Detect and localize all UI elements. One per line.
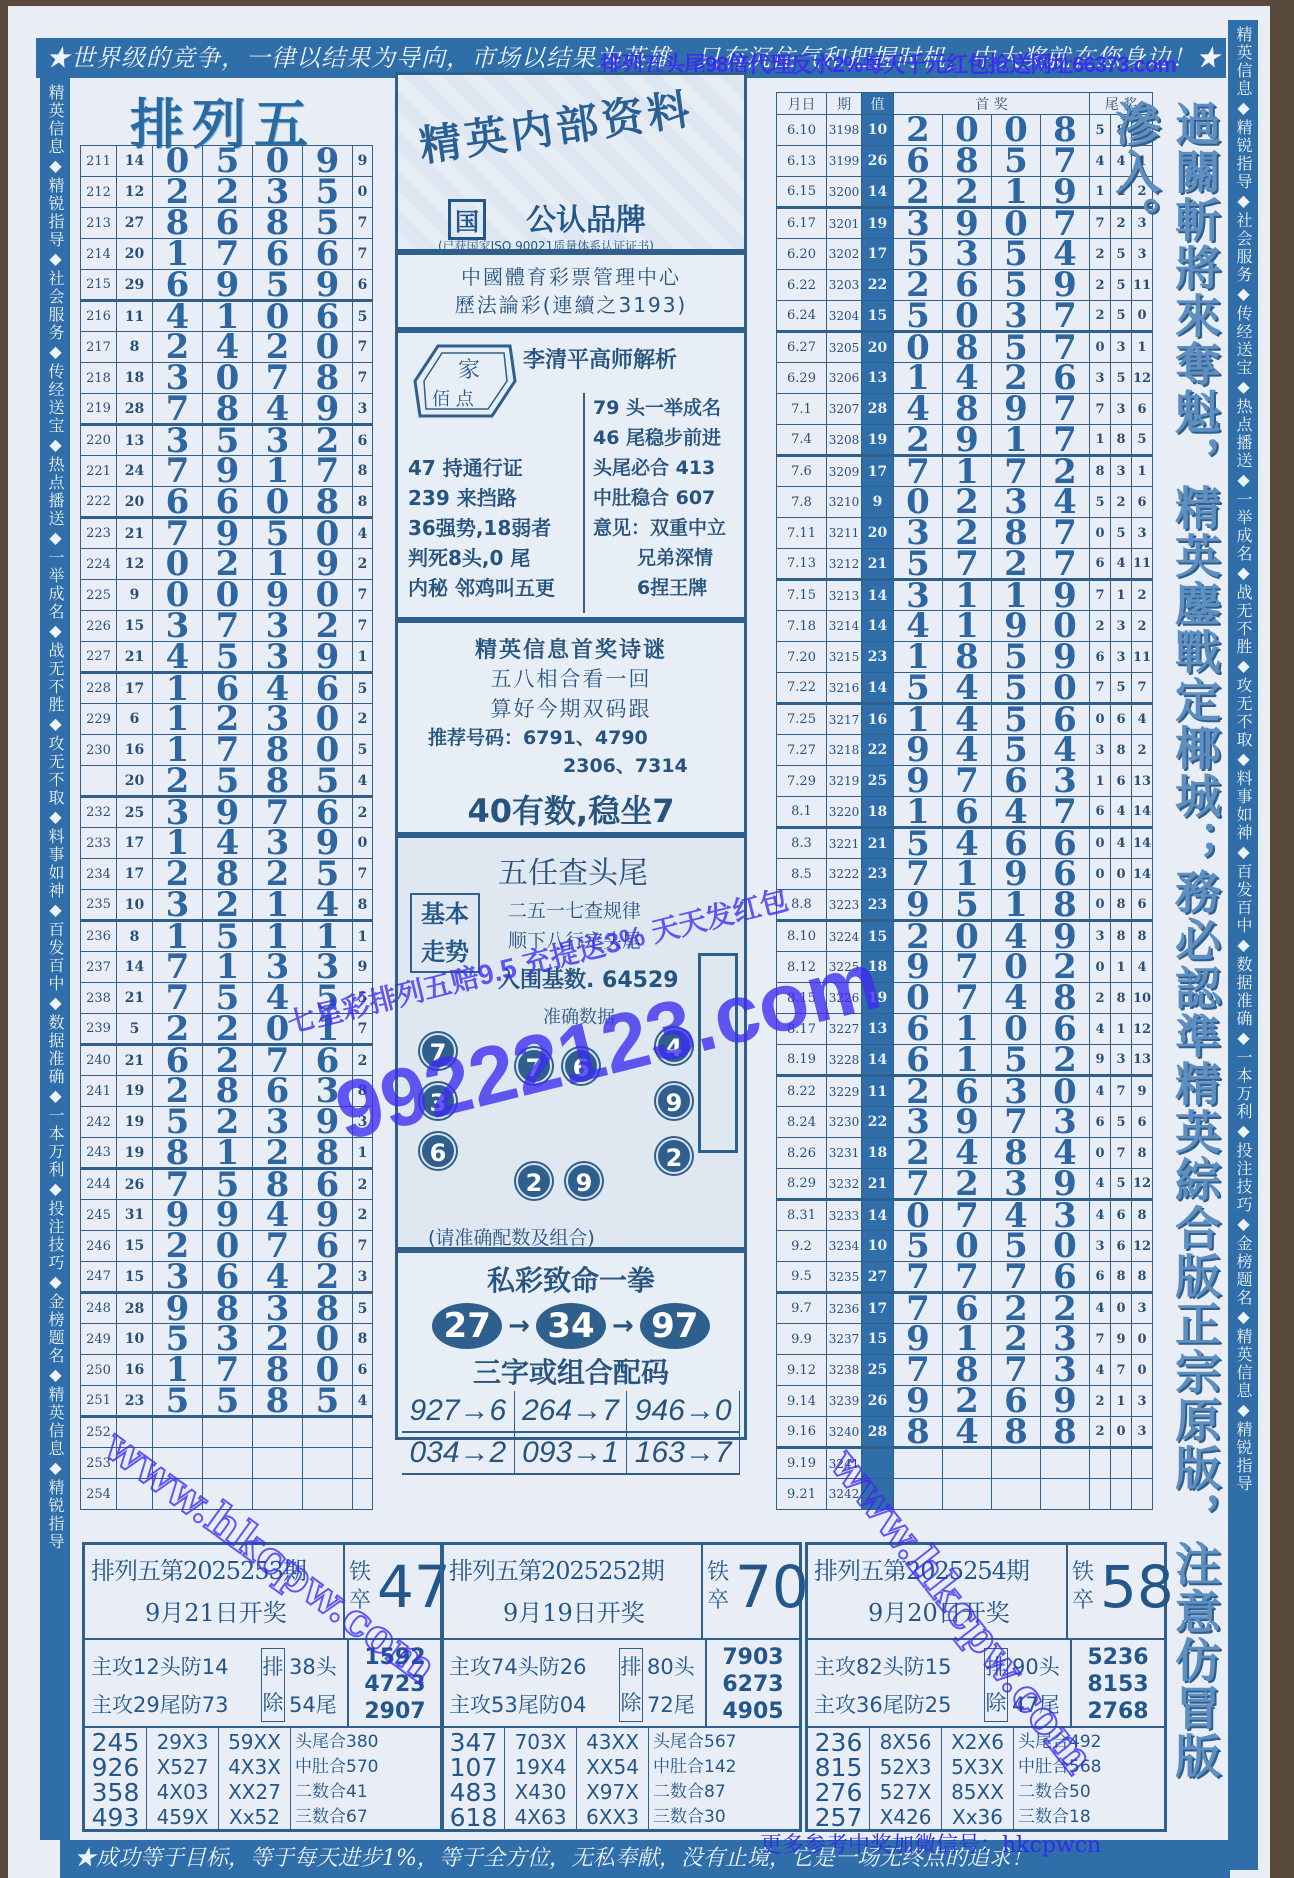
tail-cell: 5 [1111, 1169, 1132, 1200]
digit-cell: 7 [943, 1262, 992, 1293]
digit-cell: 6 [203, 487, 253, 518]
tail-cell: 3 [1111, 1045, 1132, 1076]
digit-cell: 9 [303, 642, 353, 673]
tail-cell: 2 [1090, 1386, 1111, 1417]
sum-value: 31 [117, 1200, 153, 1231]
digit-cell [153, 1479, 203, 1510]
tail-cell: 4 [1090, 1014, 1111, 1045]
issue-no: 227 [81, 642, 117, 673]
tail-cell: 0 [1090, 952, 1111, 983]
digit-cell: 2 [153, 1014, 203, 1045]
tail-cell: 2 [1090, 301, 1111, 332]
forecast-column: 43XXXX54X97X6XX3 [577, 1728, 649, 1832]
issue-no: 253 [81, 1448, 117, 1479]
draw-date: 6.13 [777, 146, 827, 177]
forecast-item: 59XX [223, 1730, 286, 1755]
center-line-1: 中國體育彩票管理中心 [398, 263, 744, 291]
combo-item: 093→1 [515, 1433, 628, 1475]
tail-cell: 0 [1090, 890, 1111, 921]
forecast-item: 中肚合568 [1018, 1755, 1160, 1780]
issue-no: 239 [81, 1014, 117, 1045]
tail-cell: 2 [1111, 487, 1132, 518]
sum-value: 19 [862, 983, 894, 1014]
draw-date: 6.22 [777, 270, 827, 301]
draw-date: 9.21 [777, 1479, 827, 1510]
combo-grid: 927→6 264→7 946→0 034→2 093→1 163→7 [398, 1391, 744, 1475]
teacher-right-line: 79 头一举成名 [593, 393, 743, 423]
table-row: 2512355854 [81, 1386, 373, 1417]
tail-cell: 0 [1132, 301, 1153, 332]
tail-cell: 12 [1132, 1231, 1153, 1262]
tail-value [353, 1448, 373, 1479]
forecast-attack: 主攻12头防14 主攻29尾防73 排除 38头 54尾 1592 4723 2… [85, 1640, 441, 1728]
tail-cell: 0 [1090, 1138, 1111, 1169]
digit-cell: 7 [1041, 301, 1090, 332]
tail-cell: 0 [1132, 1324, 1153, 1355]
tail-cell: 4 [1090, 1076, 1111, 1107]
attack-lines: 主攻12头防14 主攻29尾防73 [91, 1648, 228, 1724]
tail-value: 7 [353, 1231, 373, 1262]
digit-cell: 7 [894, 1169, 943, 1200]
tail-cell: 8 [1111, 921, 1132, 952]
sum-value: 10 [117, 1324, 153, 1355]
tail-cell: 3 [1132, 1293, 1153, 1324]
issue-no: 212 [81, 177, 117, 208]
digit-cell [894, 1448, 943, 1479]
tail-cell: 13 [1132, 1045, 1153, 1076]
forecast-item: 815 [812, 1755, 865, 1780]
period-no: 3210 [827, 487, 862, 518]
trend-tag: 基本走势 [410, 893, 480, 973]
digit-cell: 6 [203, 1262, 253, 1293]
forecast-item: 347 [447, 1730, 500, 1755]
tail-value: 7 [353, 332, 373, 363]
tail-cell: 5 [1111, 270, 1132, 301]
issue-no: 226 [81, 611, 117, 642]
digit-cell: 6 [894, 1045, 943, 1076]
sum-value: 18 [117, 363, 153, 394]
issue-title: 排列五第2025254期 [814, 1551, 1029, 1586]
iron-number: 58 [1100, 1553, 1174, 1621]
tail-cell: 7 [1111, 1138, 1132, 1169]
sum-value: 15 [117, 1231, 153, 1262]
table-row: 8.83223239518086 [777, 890, 1153, 921]
digit-cell [253, 1479, 303, 1510]
tail-cell: 7 [1090, 1324, 1111, 1355]
digit-cell: 2 [203, 1014, 253, 1045]
tail-cell: 1 [1090, 425, 1111, 456]
number-ball: 4 [656, 1028, 692, 1064]
digit-cell: 8 [303, 1138, 353, 1169]
issue-title: 排列五第2025252期 [449, 1551, 664, 1586]
tail-value [353, 1417, 373, 1448]
combo-item: 163→7 [627, 1433, 740, 1475]
issue-no: 234 [81, 859, 117, 890]
hex-label-top: 家 [458, 353, 480, 384]
draw-date: 8.15 [777, 983, 827, 1014]
tail-cell: 4 [1132, 952, 1153, 983]
digit-cell: 8 [1041, 1417, 1090, 1448]
sum-value: 17 [862, 239, 894, 270]
issue-no: 242 [81, 1107, 117, 1138]
teacher-right-line: 中肚稳合 607 [593, 483, 743, 513]
sum-value: 16 [117, 1355, 153, 1386]
digit-cell: 1 [992, 177, 1041, 208]
tail-cell: 0 [1090, 859, 1111, 890]
digit-cell: 1 [303, 1014, 353, 1045]
number-ball: 6 [420, 1133, 456, 1169]
sum-value: 18 [862, 952, 894, 983]
issue-no: 235 [81, 890, 117, 921]
sum-value: 23 [117, 1386, 153, 1417]
issue-no: 252 [81, 1417, 117, 1448]
digit-cell [203, 1479, 253, 1510]
forecast-item: 527X [874, 1780, 937, 1805]
tail-cell: 0 [1090, 332, 1111, 363]
tail-cell: 1 [1111, 952, 1132, 983]
tail-cell: 0 [1090, 518, 1111, 549]
tail-cell: 6 [1111, 1231, 1132, 1262]
tail-cell: 3 [1111, 611, 1132, 642]
sum-value: 20 [117, 766, 153, 797]
poem-title: 精英信息首奖诗谜 [398, 633, 744, 664]
draw-date: 7.20 [777, 642, 827, 673]
draw-date: 6.17 [777, 208, 827, 239]
pick-number: 7903 [707, 1644, 799, 1671]
tail-value: 9 [353, 952, 373, 983]
pick-numbers: 7903 6273 4905 [705, 1640, 799, 1726]
arrow-right-icon: → [612, 1311, 634, 1341]
teacher-left-line: 36强势,18弱者 [408, 513, 578, 543]
sum-value: 21 [862, 1169, 894, 1200]
issue-no: 236 [81, 921, 117, 952]
tail-cell: 1 [1132, 332, 1153, 363]
tail-value: 5 [353, 735, 373, 766]
digit-cell: 2 [153, 766, 203, 797]
digit-cell: 7 [153, 394, 203, 425]
period-no: 3239 [827, 1386, 862, 1417]
sum-value: 23 [862, 859, 894, 890]
tail-cell: 14 [1132, 797, 1153, 828]
teacher-right-line: 兄弟深情 [593, 543, 743, 573]
digit-cell: 1 [992, 890, 1041, 921]
tail-cell: 0 [1090, 704, 1111, 735]
trend-lines: 二五一七查规律 顺下八行定头尾 [508, 896, 641, 956]
digit-cell: 5 [203, 642, 253, 673]
forecast-grid: 347107483618703X19X4X4304X6343XXXX54X97X… [443, 1728, 799, 1832]
tail-value: 0 [353, 177, 373, 208]
sum-value: 14 [862, 1200, 894, 1231]
col-date: 月日 [777, 93, 827, 115]
draw-date: 9月19日开奖 [503, 1593, 645, 1628]
table-row: 2192878493 [81, 394, 373, 425]
tail-cell: 5 [1111, 1107, 1132, 1138]
iso-note: (已获国家ISO 90021质量体系认证证书) [438, 237, 654, 252]
recommend-line-1: 推荐号码：6791、4790 [398, 724, 744, 752]
tail-cell: 1 [1132, 456, 1153, 487]
sum-value: 8 [117, 332, 153, 363]
forecast-item: 头尾合380 [295, 1730, 437, 1755]
period-no: 3201 [827, 208, 862, 239]
tail-cell: 0 [1090, 828, 1111, 859]
trend-accurate: 准确数据 [543, 1003, 615, 1029]
sum-value: 14 [862, 1045, 894, 1076]
sum-value [117, 1417, 153, 1448]
teacher-title: 李清平高师解析 [523, 343, 677, 374]
sum-value: 12 [117, 549, 153, 580]
digit-cell: 2 [303, 1262, 353, 1293]
digit-cell: 2 [943, 177, 992, 208]
tail-cell: 14 [1132, 828, 1153, 859]
issue-no: 240 [81, 1045, 117, 1076]
private-title: 私彩致命一拳 [398, 1253, 744, 1299]
table-row: 254 [81, 1479, 373, 1510]
period-no: 3203 [827, 270, 862, 301]
trend-line: 二五一七查规律 [508, 896, 641, 926]
tail-cell: 5 [1132, 425, 1153, 456]
forecast-item: 257 [812, 1805, 865, 1830]
draw-date: 8.3 [777, 828, 827, 859]
sum-value: 15 [117, 1262, 153, 1293]
table-row: 239522017 [81, 1014, 373, 1045]
tail-value: 4 [353, 1386, 373, 1417]
tail-cell: 8 [1090, 456, 1111, 487]
chain-number: 97 [640, 1303, 710, 1349]
forecast-item: Xx52 [223, 1805, 286, 1830]
chain-number: 27 [432, 1303, 502, 1349]
tail-cell: 8 [1132, 1138, 1153, 1169]
tail-value: 0 [353, 828, 373, 859]
period-no: 3214 [827, 611, 862, 642]
tail-cell: 8 [1132, 1200, 1153, 1231]
digit-cell [992, 1479, 1041, 1510]
sum-value: 21 [862, 828, 894, 859]
digit-cell: 5 [894, 673, 943, 704]
tail-cell: 8 [1132, 921, 1153, 952]
forecast-item: 493 [89, 1805, 142, 1830]
pick-number: 4723 [349, 1671, 441, 1698]
attack-line: 主攻36尾防25 [814, 1686, 951, 1724]
tail-cell: 11 [1132, 642, 1153, 673]
sum-value: 15 [862, 1324, 894, 1355]
tail-cell: 6 [1111, 766, 1132, 797]
pick-number: 6273 [707, 1671, 799, 1698]
digit-cell: 2 [253, 1138, 303, 1169]
sum-value: 15 [117, 611, 153, 642]
table-row: 6.243204155037250 [777, 301, 1153, 332]
digit-cell: 8 [894, 1417, 943, 1448]
period-no: 3230 [827, 1107, 862, 1138]
tail-cell: 9 [1132, 1076, 1153, 1107]
forecast-item: 703X [509, 1730, 572, 1755]
forecast-item: 6XX3 [581, 1805, 644, 1830]
tail-cell: 9 [1090, 1045, 1111, 1076]
digit-cell: 5 [303, 766, 353, 797]
period-no: 3222 [827, 859, 862, 890]
recommend-numbers: 6791、4790 [523, 727, 648, 749]
tail-cell: 8 [1111, 735, 1132, 766]
forecast-header: 排列五第2025252期 9月19日开奖 铁卒 70 [443, 1545, 799, 1640]
digit-cell: 5 [253, 270, 303, 301]
forecast-item: XX54 [581, 1755, 644, 1780]
forecast-column: 8X5652X3527XX426 [870, 1728, 942, 1832]
exclude-label: 排除 [984, 1648, 1008, 1722]
forecast-item: 头尾合567 [653, 1730, 795, 1755]
tail-cell: 12 [1132, 1014, 1153, 1045]
number-ball: 7 [420, 1033, 456, 1069]
sum-value: 6 [117, 704, 153, 735]
issue-no: 245 [81, 1200, 117, 1231]
stamp-icon: 国 [448, 199, 486, 240]
period-no: 3236 [827, 1293, 862, 1324]
sum-value: 19 [117, 1076, 153, 1107]
digit-cell [253, 1448, 303, 1479]
col-period: 期 [827, 93, 862, 115]
table-row: 7.1332122157276411 [777, 549, 1153, 580]
combo-item: 927→6 [402, 1391, 515, 1433]
table-row: 9.163240288488203 [777, 1417, 1153, 1448]
tail-value: 7 [353, 859, 373, 890]
sum-value: 13 [862, 363, 894, 394]
digit-cell: 3 [992, 301, 1041, 332]
forecast-item: 618 [447, 1805, 500, 1830]
draw-date: 9.9 [777, 1324, 827, 1355]
tail-value: 1 [353, 1138, 373, 1169]
period-no: 3223 [827, 890, 862, 921]
sum-value: 21 [117, 983, 153, 1014]
digit-cell: 5 [992, 1045, 1041, 1076]
tail-cell: 7 [1090, 673, 1111, 704]
combo-item: 946→0 [627, 1391, 740, 1433]
arrow-right-icon: → [508, 1311, 530, 1341]
draw-date: 8.1 [777, 797, 827, 828]
sum-value: 23 [862, 890, 894, 921]
sum-value: 9 [862, 487, 894, 518]
draw-date: 6.20 [777, 239, 827, 270]
attack-lines: 主攻74头防26 主攻53尾防04 [449, 1648, 586, 1724]
sum-value: 23 [862, 642, 894, 673]
digit-cell: 1 [992, 425, 1041, 456]
history-table-right: 月日 期 值 首 奖 尾 奖 6.10319810200858106.13319… [776, 92, 1153, 1510]
forecast-item: Xx36 [946, 1805, 1009, 1830]
tail-cell: 6 [1090, 1107, 1111, 1138]
digit-cell: 3 [992, 1169, 1041, 1200]
draw-date: 8.17 [777, 1014, 827, 1045]
tail-cell: 11 [1132, 270, 1153, 301]
digit-cell [153, 1448, 203, 1479]
pick-number: 1592 [349, 1644, 441, 1671]
issue-no: 225 [81, 580, 117, 611]
brand-line: 国公认品牌 [448, 195, 646, 240]
contact-wechat[interactable]: 更多参考中奖加微信号：hkcpwcn [760, 1828, 1101, 1859]
tail-cell: 3 [1132, 1386, 1153, 1417]
digit-cell: 2 [203, 890, 253, 921]
teacher-analysis-box: 家 佰 点 李清平高师解析 47 持通行证 239 来挡路 36强势,18弱者 … [395, 330, 747, 620]
sum-value: 28 [117, 394, 153, 425]
sum-value: 16 [117, 735, 153, 766]
sum-value: 20 [117, 487, 153, 518]
digit-cell: 2 [894, 177, 943, 208]
trend-heading: 五任查头尾 [498, 848, 648, 892]
sum-value: 10 [862, 115, 894, 146]
draw-date: 9.19 [777, 1448, 827, 1479]
number-ball: 2 [516, 1163, 552, 1199]
issue-no: 247 [81, 1262, 117, 1293]
digit-cell: 2 [1041, 1045, 1090, 1076]
draw-date: 7.11 [777, 518, 827, 549]
tail-value: 6 [353, 270, 373, 301]
tail-cell: 2 [1132, 611, 1153, 642]
exclude-label: 排除 [261, 1648, 285, 1722]
hexagon-badge-icon: 家 佰 点 [410, 341, 520, 421]
forecast-attack: 主攻82头防15 主攻36尾防25 排除 90头 47尾 5236 8153 2… [808, 1640, 1164, 1728]
draw-date: 8.8 [777, 890, 827, 921]
sum-value: 25 [862, 766, 894, 797]
issue-no: 228 [81, 673, 117, 704]
tail-value: 7 [353, 239, 373, 270]
sum-value: 24 [117, 456, 153, 487]
tail-value: 6 [353, 1355, 373, 1386]
digit-cell: 4 [303, 890, 353, 921]
draw-date: 6.15 [777, 177, 827, 208]
digit-cell: 9 [943, 425, 992, 456]
digit-cell [943, 1448, 992, 1479]
tail-cell: 0 [1111, 859, 1132, 890]
pick-number: 2907 [349, 1698, 441, 1725]
exclude-value: 38头 [289, 1648, 337, 1686]
digit-cell [253, 1417, 303, 1448]
period-no: 3237 [827, 1324, 862, 1355]
period-no: 3208 [827, 425, 862, 456]
sum-value: 26 [862, 1386, 894, 1417]
tail-value: 8 [353, 1324, 373, 1355]
tail-cell: 0 [1111, 1417, 1132, 1448]
draw-date: 9月21日开奖 [145, 1593, 287, 1628]
digit-cell [1041, 1448, 1090, 1479]
draw-date: 7.6 [777, 456, 827, 487]
forecast-box: 排列五第2025252期 9月19日开奖 铁卒 70 主攻74头防26 主攻53… [440, 1542, 802, 1832]
tail-value: 2 [353, 549, 373, 580]
tail-cell: 3 [1111, 332, 1132, 363]
tail-cell: 2 [1132, 735, 1153, 766]
period-no: 3200 [827, 177, 862, 208]
sum-value: 10 [862, 1231, 894, 1262]
sum-value: 19 [862, 425, 894, 456]
forecast-grid: 24592635849329X3X5274X03459X59XX4X3XXX27… [85, 1728, 441, 1832]
sum-value: 20 [117, 239, 153, 270]
digit-cell: 5 [303, 1386, 353, 1417]
center-line-2: 歷法論彩(連續之3193) [398, 291, 744, 319]
digit-cell: 1 [253, 890, 303, 921]
table-row: 2351032148 [81, 890, 373, 921]
draw-date: 7.1 [777, 394, 827, 425]
tail-value: 2 [353, 1200, 373, 1231]
pick-number: 2768 [1072, 1698, 1164, 1725]
tail-value: 7 [353, 1014, 373, 1045]
attack-line: 主攻29尾防73 [91, 1686, 228, 1724]
tail-value: 5 [353, 673, 373, 704]
sum-value: 22 [862, 270, 894, 301]
combo-title: 三字或组合配码 [398, 1351, 744, 1391]
issue-no: 249 [81, 1324, 117, 1355]
pick-numbers: 1592 4723 2907 [347, 1640, 441, 1726]
period-no: 3216 [827, 673, 862, 704]
issue-no: 250 [81, 1355, 117, 1386]
tail-cell: 5 [1111, 518, 1132, 549]
forecast-header: 排列五第2025253期 9月21日开奖 铁卒 47 [85, 1545, 441, 1640]
center-box: 中國體育彩票管理中心 歷法論彩(連續之3193) [395, 252, 747, 330]
draw-date: 8.22 [777, 1076, 827, 1107]
